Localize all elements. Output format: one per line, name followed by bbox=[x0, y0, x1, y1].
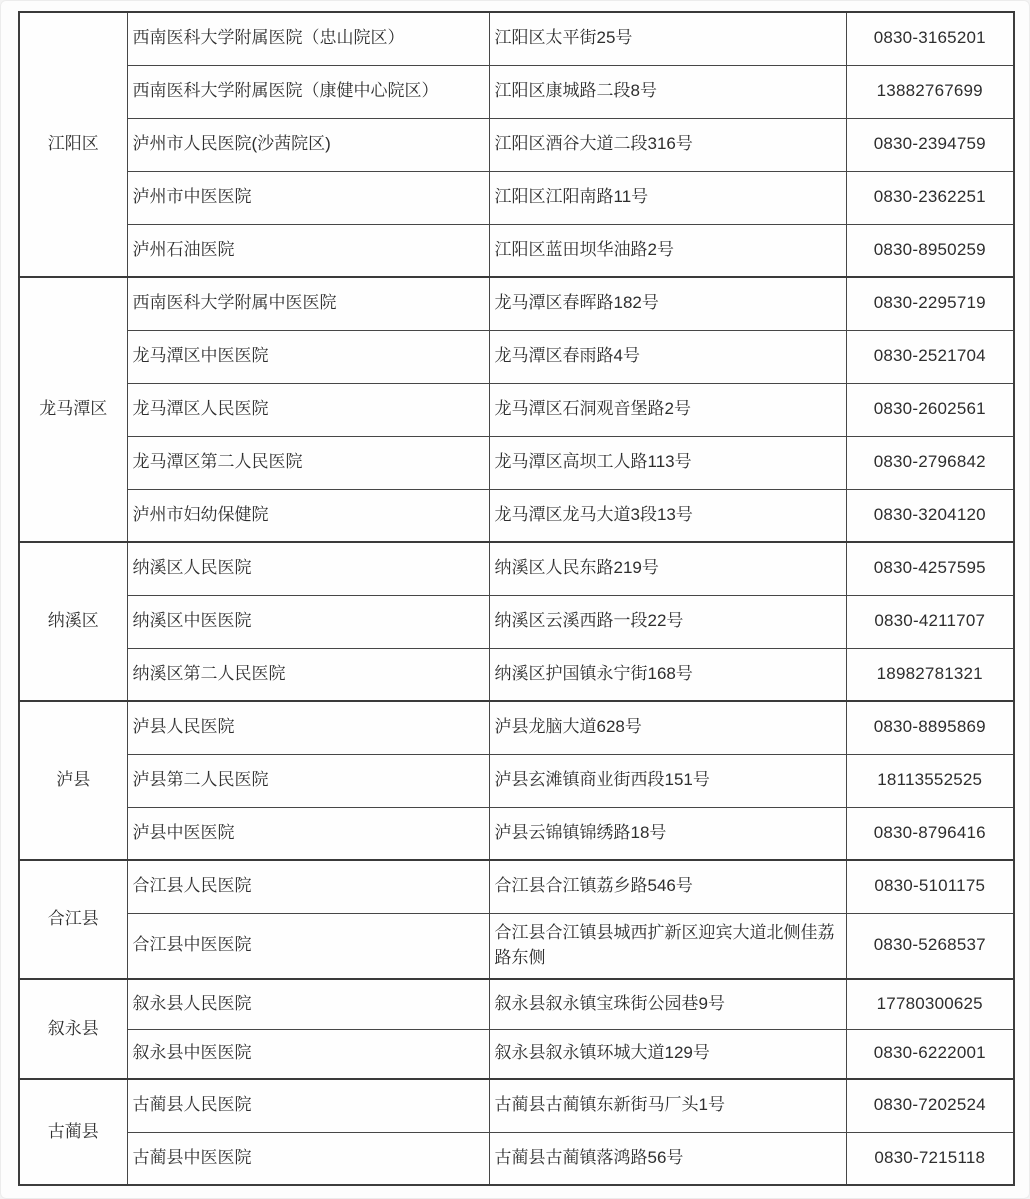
address-cell: 合江县合江镇县城西扩新区迎宾大道北侧佳荔路东侧 bbox=[489, 913, 846, 979]
hospital-cell: 纳溪区第二人民医院 bbox=[127, 648, 489, 701]
hospital-cell: 西南医科大学附属医院（忠山院区） bbox=[127, 12, 489, 65]
table-row: 龙马潭区 西南医科大学附属中医医院 龙马潭区春晖路182号 0830-22957… bbox=[19, 277, 1014, 330]
address-cell: 泸县玄滩镇商业街西段151号 bbox=[489, 754, 846, 807]
address-cell: 龙马潭区高坝工人路113号 bbox=[489, 436, 846, 489]
table-row: 龙马潭区中医医院 龙马潭区春雨路4号 0830-2521704 bbox=[19, 330, 1014, 383]
phone-cell: 18113552525 bbox=[846, 754, 1014, 807]
address-cell: 纳溪区人民东路219号 bbox=[489, 542, 846, 595]
address-cell: 合江县合江镇荔乡路546号 bbox=[489, 860, 846, 913]
address-cell: 江阳区太平街25号 bbox=[489, 12, 846, 65]
phone-cell: 0830-8796416 bbox=[846, 807, 1014, 860]
phone-cell: 0830-5268537 bbox=[846, 913, 1014, 979]
hospital-cell: 泸州石油医院 bbox=[127, 224, 489, 277]
table-row: 叙永县中医医院 叙永县叙永镇环城大道129号 0830-6222001 bbox=[19, 1029, 1014, 1079]
table-row: 泸州市中医医院 江阳区江阳南路11号 0830-2362251 bbox=[19, 171, 1014, 224]
address-cell: 叙永县叙永镇宝珠街公园巷9号 bbox=[489, 979, 846, 1029]
address-cell: 龙马潭区龙马大道3段13号 bbox=[489, 489, 846, 542]
address-cell: 纳溪区云溪西路一段22号 bbox=[489, 595, 846, 648]
table-row: 江阳区 西南医科大学附属医院（忠山院区） 江阳区太平街25号 0830-3165… bbox=[19, 12, 1014, 65]
hospital-cell: 龙马潭区中医医院 bbox=[127, 330, 489, 383]
district-section-longmatan: 龙马潭区 西南医科大学附属中医医院 龙马潭区春晖路182号 0830-22957… bbox=[19, 277, 1014, 542]
address-cell: 江阳区江阳南路11号 bbox=[489, 171, 846, 224]
hospital-cell: 纳溪区中医医院 bbox=[127, 595, 489, 648]
phone-cell: 0830-2295719 bbox=[846, 277, 1014, 330]
district-section-hejiang: 合江县 合江县人民医院 合江县合江镇荔乡路546号 0830-5101175 合… bbox=[19, 860, 1014, 979]
hospital-cell: 合江县人民医院 bbox=[127, 860, 489, 913]
phone-cell: 17780300625 bbox=[846, 979, 1014, 1029]
district-cell: 纳溪区 bbox=[19, 542, 127, 701]
address-cell: 泸县云锦镇锦绣路18号 bbox=[489, 807, 846, 860]
phone-cell: 0830-3204120 bbox=[846, 489, 1014, 542]
address-cell: 叙永县叙永镇环城大道129号 bbox=[489, 1029, 846, 1079]
table-row: 泸州石油医院 江阳区蓝田坝华油路2号 0830-8950259 bbox=[19, 224, 1014, 277]
phone-cell: 0830-2362251 bbox=[846, 171, 1014, 224]
address-cell: 江阳区康城路二段8号 bbox=[489, 65, 846, 118]
hospital-cell: 龙马潭区人民医院 bbox=[127, 383, 489, 436]
table-row: 纳溪区 纳溪区人民医院 纳溪区人民东路219号 0830-4257595 bbox=[19, 542, 1014, 595]
hospital-cell: 泸县人民医院 bbox=[127, 701, 489, 754]
district-cell: 泸县 bbox=[19, 701, 127, 860]
phone-cell: 0830-7202524 bbox=[846, 1079, 1014, 1132]
hospital-cell: 泸州市妇幼保健院 bbox=[127, 489, 489, 542]
table-row: 合江县中医医院 合江县合江镇县城西扩新区迎宾大道北侧佳荔路东侧 0830-526… bbox=[19, 913, 1014, 979]
address-cell: 纳溪区护国镇永宁街168号 bbox=[489, 648, 846, 701]
table-row: 泸县第二人民医院 泸县玄滩镇商业街西段151号 18113552525 bbox=[19, 754, 1014, 807]
address-cell: 龙马潭区春雨路4号 bbox=[489, 330, 846, 383]
phone-cell: 0830-4257595 bbox=[846, 542, 1014, 595]
hospital-cell: 西南医科大学附属中医医院 bbox=[127, 277, 489, 330]
phone-cell: 0830-2521704 bbox=[846, 330, 1014, 383]
address-cell: 古蔺县古蔺镇东新街马厂头1号 bbox=[489, 1079, 846, 1132]
phone-cell: 0830-5101175 bbox=[846, 860, 1014, 913]
table-row: 纳溪区中医医院 纳溪区云溪西路一段22号 0830-4211707 bbox=[19, 595, 1014, 648]
phone-cell: 0830-8895869 bbox=[846, 701, 1014, 754]
phone-cell: 0830-3165201 bbox=[846, 12, 1014, 65]
address-cell: 龙马潭区石洞观音堡路2号 bbox=[489, 383, 846, 436]
hospital-cell: 古蔺县中医医院 bbox=[127, 1132, 489, 1185]
hospital-cell: 泸州市人民医院(沙茜院区) bbox=[127, 118, 489, 171]
phone-cell: 0830-6222001 bbox=[846, 1029, 1014, 1079]
phone-cell: 0830-2394759 bbox=[846, 118, 1014, 171]
hospital-cell: 泸州市中医医院 bbox=[127, 171, 489, 224]
phone-cell: 0830-8950259 bbox=[846, 224, 1014, 277]
district-section-naxi: 纳溪区 纳溪区人民医院 纳溪区人民东路219号 0830-4257595 纳溪区… bbox=[19, 542, 1014, 701]
district-cell: 叙永县 bbox=[19, 979, 127, 1079]
table-row: 西南医科大学附属医院（康健中心院区） 江阳区康城路二段8号 1388276769… bbox=[19, 65, 1014, 118]
hospital-cell: 合江县中医医院 bbox=[127, 913, 489, 979]
table-row: 叙永县 叙永县人民医院 叙永县叙永镇宝珠街公园巷9号 17780300625 bbox=[19, 979, 1014, 1029]
table-row: 泸州市妇幼保健院 龙马潭区龙马大道3段13号 0830-3204120 bbox=[19, 489, 1014, 542]
table-row: 纳溪区第二人民医院 纳溪区护国镇永宁街168号 18982781321 bbox=[19, 648, 1014, 701]
hospital-cell: 叙永县人民医院 bbox=[127, 979, 489, 1029]
address-cell: 龙马潭区春晖路182号 bbox=[489, 277, 846, 330]
hospital-contact-table: 江阳区 西南医科大学附属医院（忠山院区） 江阳区太平街25号 0830-3165… bbox=[18, 11, 1015, 1186]
address-cell: 江阳区酒谷大道二段316号 bbox=[489, 118, 846, 171]
phone-cell: 18982781321 bbox=[846, 648, 1014, 701]
hospital-cell: 纳溪区人民医院 bbox=[127, 542, 489, 595]
district-cell: 龙马潭区 bbox=[19, 277, 127, 542]
table-row: 龙马潭区人民医院 龙马潭区石洞观音堡路2号 0830-2602561 bbox=[19, 383, 1014, 436]
address-cell: 泸县龙脑大道628号 bbox=[489, 701, 846, 754]
phone-cell: 0830-7215118 bbox=[846, 1132, 1014, 1185]
hospital-cell: 泸县中医医院 bbox=[127, 807, 489, 860]
table-row: 泸县 泸县人民医院 泸县龙脑大道628号 0830-8895869 bbox=[19, 701, 1014, 754]
table-row: 泸县中医医院 泸县云锦镇锦绣路18号 0830-8796416 bbox=[19, 807, 1014, 860]
address-cell: 古蔺县古蔺镇落鸿路56号 bbox=[489, 1132, 846, 1185]
table-row: 合江县 合江县人民医院 合江县合江镇荔乡路546号 0830-5101175 bbox=[19, 860, 1014, 913]
hospital-cell: 泸县第二人民医院 bbox=[127, 754, 489, 807]
hospital-cell: 龙马潭区第二人民医院 bbox=[127, 436, 489, 489]
district-cell: 江阳区 bbox=[19, 12, 127, 277]
hospital-cell: 西南医科大学附属医院（康健中心院区） bbox=[127, 65, 489, 118]
hospital-cell: 古蔺县人民医院 bbox=[127, 1079, 489, 1132]
phone-cell: 0830-4211707 bbox=[846, 595, 1014, 648]
district-cell: 古蔺县 bbox=[19, 1079, 127, 1185]
district-section-luxian: 泸县 泸县人民医院 泸县龙脑大道628号 0830-8895869 泸县第二人民… bbox=[19, 701, 1014, 860]
district-section-gulin: 古蔺县 古蔺县人民医院 古蔺县古蔺镇东新街马厂头1号 0830-7202524 … bbox=[19, 1079, 1014, 1185]
phone-cell: 0830-2796842 bbox=[846, 436, 1014, 489]
table-row: 泸州市人民医院(沙茜院区) 江阳区酒谷大道二段316号 0830-2394759 bbox=[19, 118, 1014, 171]
district-cell: 合江县 bbox=[19, 860, 127, 979]
phone-cell: 0830-2602561 bbox=[846, 383, 1014, 436]
table-row: 古蔺县 古蔺县人民医院 古蔺县古蔺镇东新街马厂头1号 0830-7202524 bbox=[19, 1079, 1014, 1132]
district-section-jiangyang: 江阳区 西南医科大学附属医院（忠山院区） 江阳区太平街25号 0830-3165… bbox=[19, 12, 1014, 277]
district-section-xuyong: 叙永县 叙永县人民医院 叙永县叙永镇宝珠街公园巷9号 17780300625 叙… bbox=[19, 979, 1014, 1079]
phone-cell: 13882767699 bbox=[846, 65, 1014, 118]
address-cell: 江阳区蓝田坝华油路2号 bbox=[489, 224, 846, 277]
table-row: 古蔺县中医医院 古蔺县古蔺镇落鸿路56号 0830-7215118 bbox=[19, 1132, 1014, 1185]
hospital-cell: 叙永县中医医院 bbox=[127, 1029, 489, 1079]
table-row: 龙马潭区第二人民医院 龙马潭区高坝工人路113号 0830-2796842 bbox=[19, 436, 1014, 489]
